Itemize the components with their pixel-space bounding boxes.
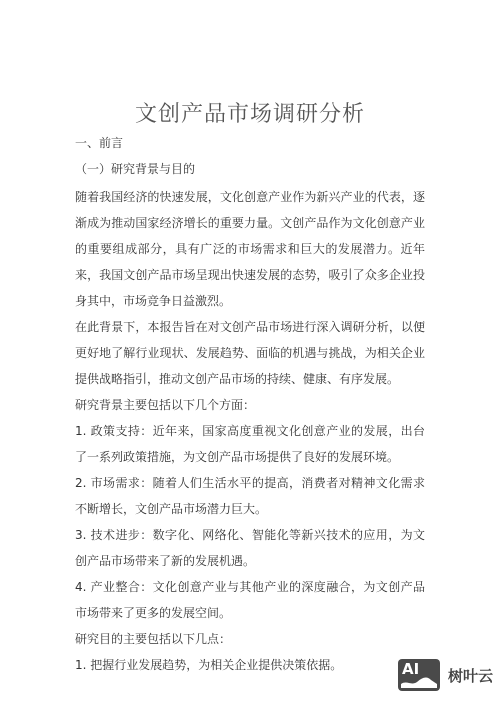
- list-item: 1. 把握行业发展趋势，为相关企业提供决策依据。: [75, 652, 425, 678]
- list-item: 2. 市场需求：随着人们生活水平的提高，消费者对精神文化需求不断增长，文创产品市…: [75, 470, 425, 522]
- subsection-heading: （一）研究背景与目的: [75, 156, 425, 182]
- list-item: 4. 产业整合：文化创意产业与其他产业的深度融合，为文创产品市场带来了更多的发展…: [75, 574, 425, 626]
- paragraph: 研究背景主要包括以下几个方面：: [75, 392, 425, 418]
- mountain-wave-icon: [401, 674, 437, 688]
- document-title: 文创产品市场调研分析: [0, 97, 500, 128]
- paragraph: 随着我国经济的快速发展，文化创意产业作为新兴产业的代表，逐渐成为推动国家经济增长…: [75, 184, 425, 314]
- section-heading: 一、前言: [75, 130, 425, 156]
- paragraph: 研究目的主要包括以下几点：: [75, 626, 425, 652]
- watermark-brand: 树叶云: [448, 665, 493, 686]
- document-page: 文创产品市场调研分析 一、前言 （一）研究背景与目的 随着我国经济的快速发展，文…: [0, 0, 500, 707]
- ai-image-logo-icon: AI: [398, 659, 440, 691]
- watermark-logo: AI 树叶云: [398, 659, 493, 691]
- list-item: 1. 政策支持：近年来，国家高度重视文化创意产业的发展，出台了一系列政策措施，为…: [75, 418, 425, 470]
- paragraph: 在此背景下，本报告旨在对文创产品市场进行深入调研分析，以便更好地了解行业现状、发…: [75, 314, 425, 392]
- list-item: 3. 技术进步：数字化、网络化、智能化等新兴技术的应用，为文创产品市场带来了新的…: [75, 522, 425, 574]
- document-body: 一、前言 （一）研究背景与目的 随着我国经济的快速发展，文化创意产业作为新兴产业…: [75, 130, 425, 678]
